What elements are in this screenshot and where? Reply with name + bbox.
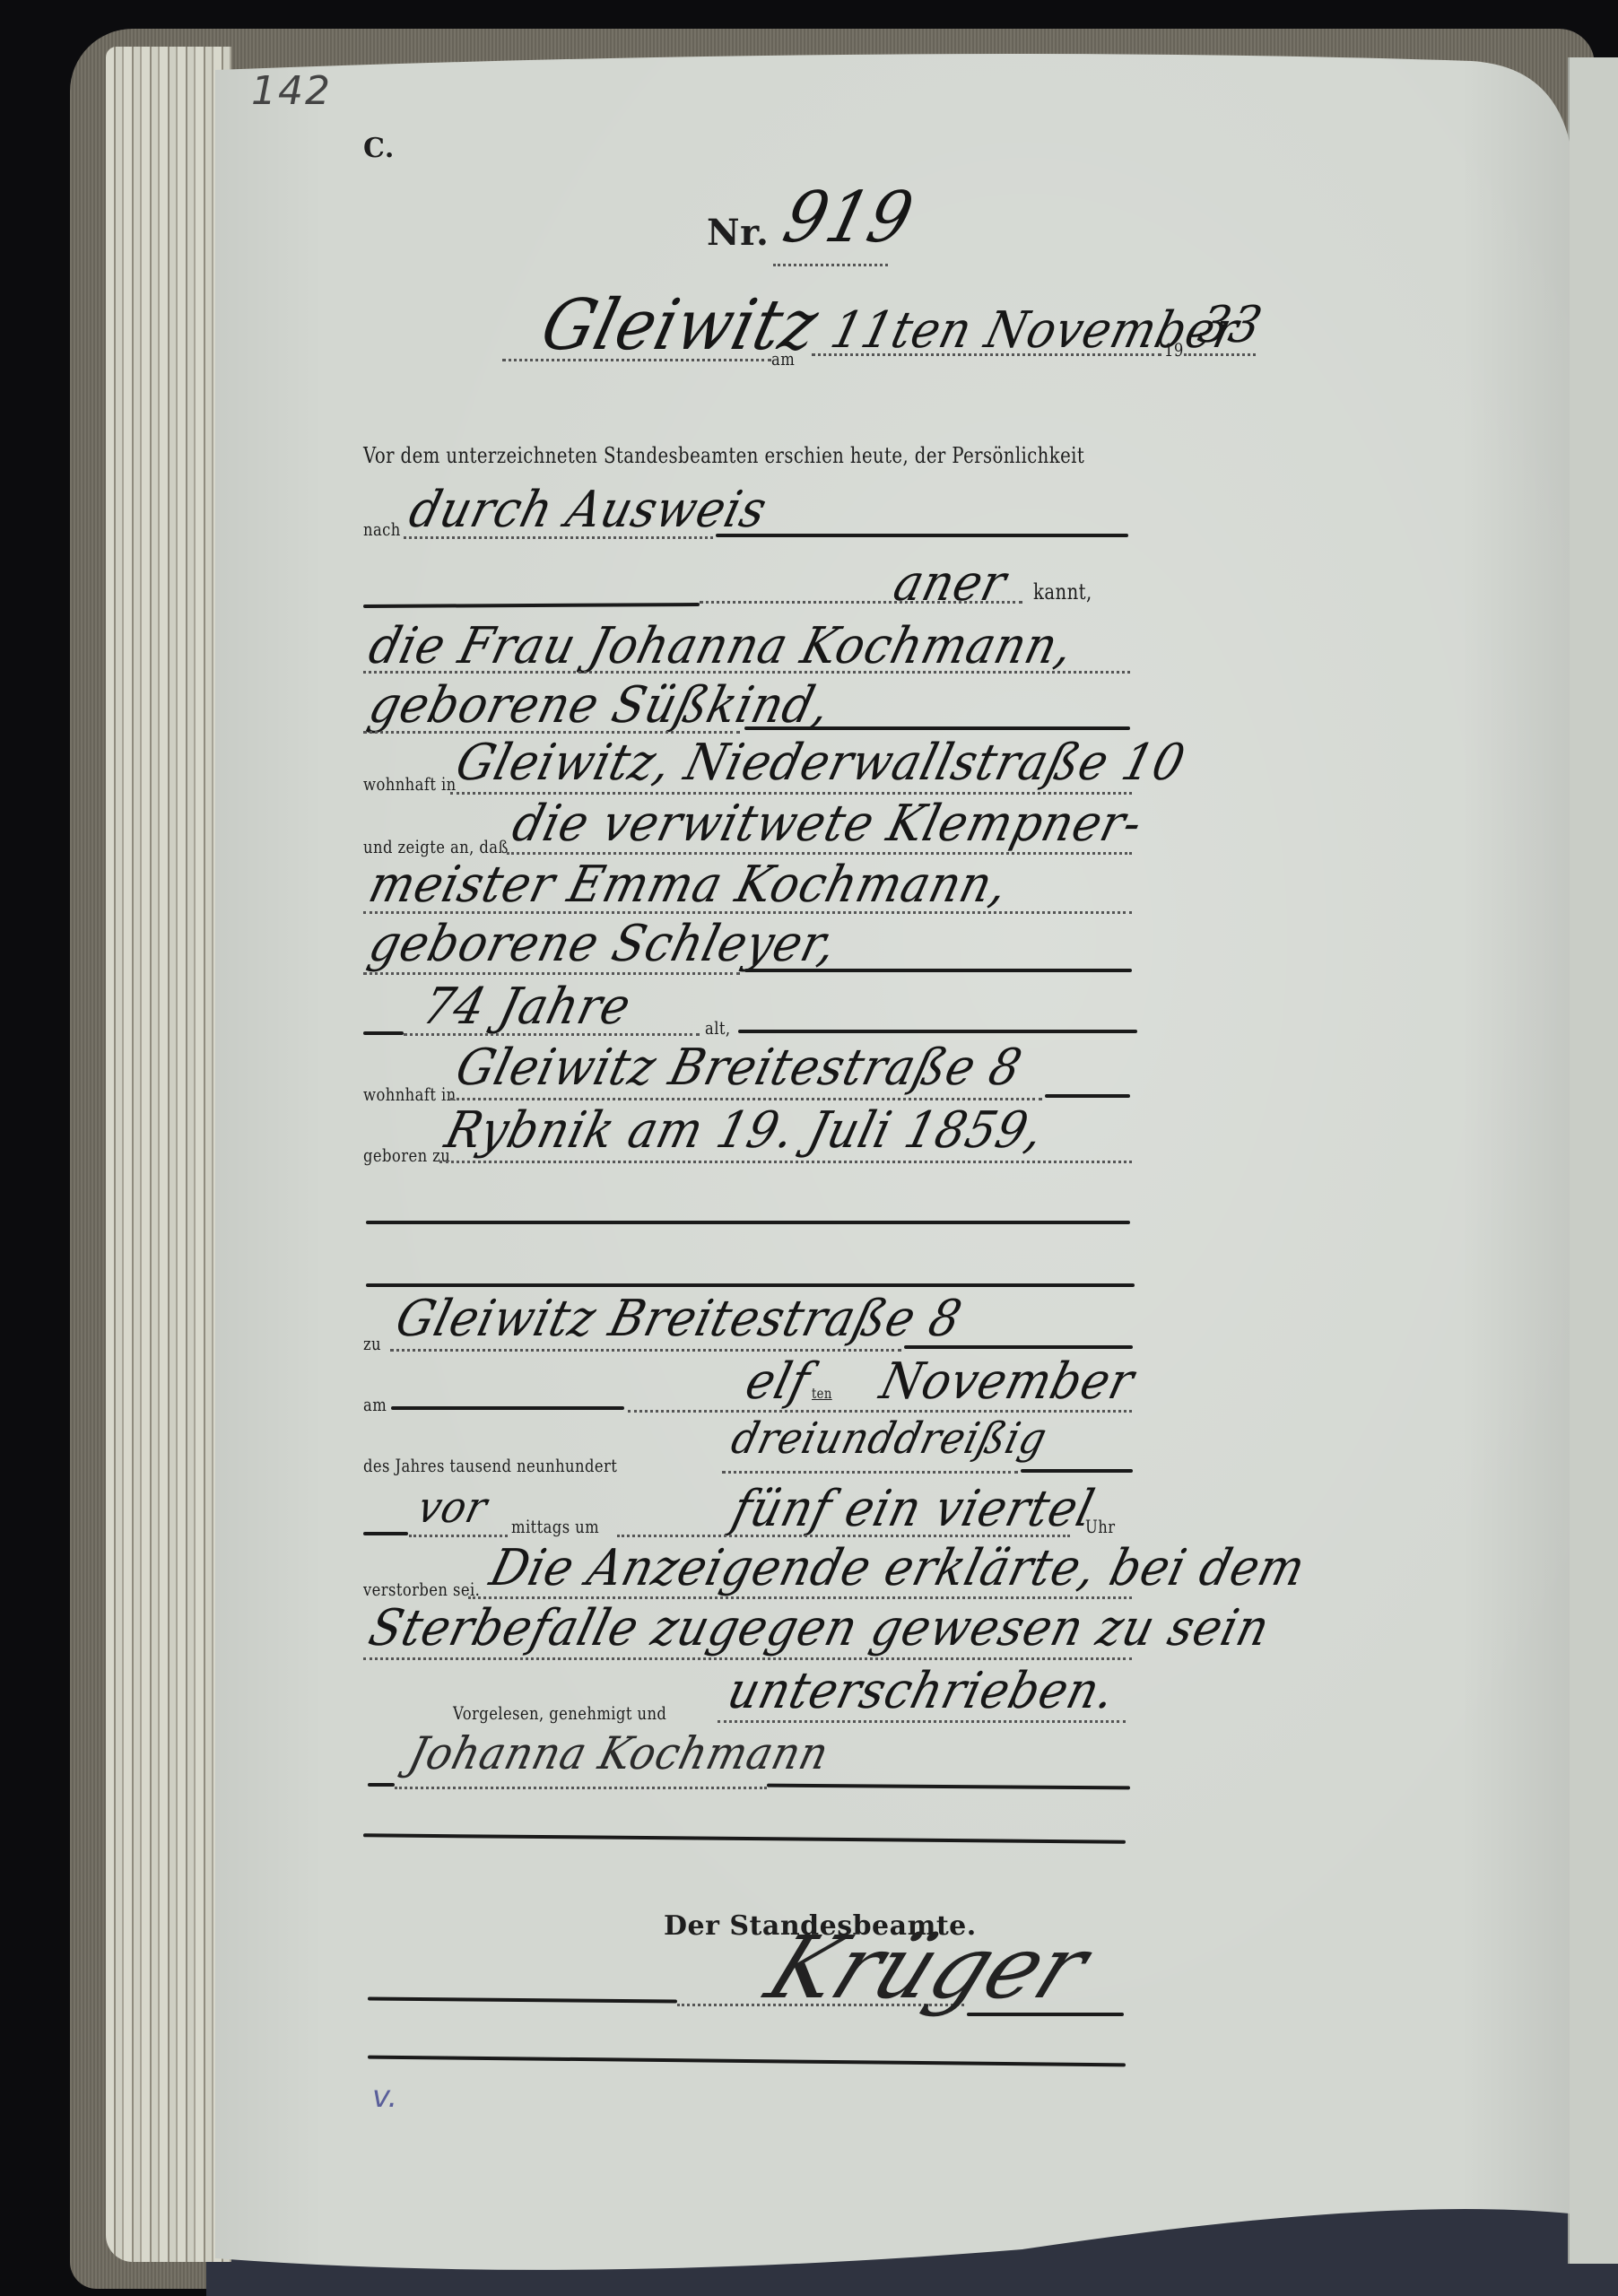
- remark-line-2: Sterbefalle zugegen gewesen zu sein: [363, 1599, 1275, 1657]
- am-death-label: am: [363, 1394, 387, 1415]
- intro-text: Vor dem unterzeichneten Standesbeamten e…: [363, 443, 1084, 468]
- entry-number-label: Nr.: [707, 212, 769, 254]
- wohnhaft-label: wohnhaft in: [363, 773, 457, 795]
- death-year-rule: [1021, 1469, 1133, 1473]
- jahres-label: des Jahres tausend neunhundert: [363, 1455, 617, 1476]
- ten-label: ten: [812, 1385, 832, 1402]
- mittags-label: mittags um: [511, 1516, 599, 1537]
- deceased-dotted-line-2: [363, 911, 1132, 914]
- vorgelesen-dotted-line: [718, 1720, 1126, 1723]
- informant-signature: Johanna Kochmann: [404, 1727, 834, 1779]
- informant-sig-dotted-line: [395, 1787, 767, 1789]
- deceased-line-1: die verwitwete Klempner-: [507, 795, 1148, 853]
- kannt-label: kannt,: [1033, 579, 1092, 604]
- birth-value: Rybnik am 19. Juli 1859,: [439, 1101, 1049, 1160]
- death-place-rule: [904, 1345, 1133, 1349]
- deceased-residence: Gleiwitz Breitestraße 8: [450, 1039, 1028, 1097]
- place-dotted-line: [502, 359, 771, 361]
- official-signature: Krüger: [753, 1918, 1102, 2018]
- am-death-rule: [391, 1406, 624, 1410]
- age-dotted-line: [404, 1033, 700, 1036]
- deceased-rule-3: [744, 969, 1132, 972]
- zu-label: zu: [363, 1333, 381, 1354]
- verstorben-label: verstorben sei.: [363, 1578, 480, 1600]
- am-label: am: [771, 348, 795, 370]
- deceased-residence-rule: [1045, 1094, 1130, 1098]
- blue-pencil-mark: v.: [372, 2079, 397, 2115]
- nach-rule: [716, 534, 1128, 537]
- deceased-dotted-line-3: [363, 972, 740, 975]
- death-place: Gleiwitz Breitestraße 8: [390, 1290, 968, 1348]
- page-edges-stack: [106, 47, 231, 2262]
- vor-dotted-line: [409, 1535, 508, 1537]
- informant-sig-rule-right: [767, 1784, 1130, 1790]
- age-rule-left: [363, 1031, 404, 1035]
- birth-dotted-line: [439, 1161, 1132, 1163]
- death-time-dotted-line: [617, 1535, 1070, 1537]
- informant-dotted-line-1: [363, 671, 1130, 674]
- blank-rule-4: [368, 2056, 1126, 2067]
- death-month: November: [874, 1352, 1140, 1411]
- age-value: 74 Jahre: [417, 978, 637, 1036]
- death-time: fünf ein viertel: [726, 1480, 1100, 1538]
- death-year-dotted-line: [722, 1471, 1018, 1474]
- age-rule-right: [738, 1030, 1137, 1033]
- time-rule-left: [363, 1532, 408, 1535]
- deceased-line-3: geborene Schleyer,: [363, 915, 843, 973]
- remark-dotted-line-2: [363, 1657, 1132, 1660]
- deceased-line-2: meister Emma Kochmann,: [363, 856, 1014, 914]
- entry-number: 919: [776, 178, 921, 258]
- deceased-residence-dotted-line: [450, 1098, 1042, 1100]
- year-suffix: 33: [1193, 296, 1268, 354]
- entry-number-dotted-line: [773, 264, 888, 266]
- nach-dotted-line: [404, 536, 713, 539]
- vor-value: vor: [413, 1483, 492, 1533]
- blank-rule-3: [363, 1833, 1126, 1843]
- form-letter: C.: [363, 133, 395, 164]
- death-place-dotted-line: [390, 1349, 901, 1352]
- nach-value: durch Ausweis: [404, 481, 773, 539]
- informant-residence: Gleiwitz, Niederwallstraße 10: [450, 734, 1191, 792]
- remark-line-1: Die Anzeigende erklärte, bei dem: [484, 1539, 1311, 1597]
- uhr-label: Uhr: [1085, 1516, 1115, 1537]
- death-date-dotted-line: [628, 1410, 1132, 1413]
- vorgelesen-label: Vorgelesen, genehmigt und: [453, 1702, 666, 1724]
- blank-rule-2: [366, 1283, 1135, 1287]
- zeigte-label: und zeigte an, daß: [363, 836, 509, 857]
- year-dotted-line: [1184, 353, 1256, 356]
- informant-sig-rule-left: [368, 1783, 395, 1787]
- death-year-words: dreiunddreißig: [726, 1413, 1052, 1464]
- kannt-dotted-line: [700, 601, 1022, 604]
- geboren-label: geboren zu: [363, 1144, 450, 1166]
- nach-label: nach: [363, 518, 401, 540]
- deceased-dotted-line-1: [507, 852, 1132, 855]
- kannt-rule: [363, 603, 700, 608]
- pencil-page-number: 142: [251, 68, 332, 114]
- blank-rule-1: [366, 1221, 1130, 1224]
- register-page: 142 C. Nr. 919 Gleiwitz am 11ten Novembe…: [215, 43, 1570, 2276]
- facing-page-edge: [1568, 57, 1618, 2264]
- year-prefix: 19: [1164, 339, 1184, 361]
- death-day: elf: [740, 1352, 816, 1411]
- alt-label: alt,: [705, 1017, 730, 1039]
- vorgelesen-value: unterschrieben.: [722, 1662, 1121, 1720]
- official-sig-rule-left: [368, 1996, 677, 2003]
- kannt-value: aner: [888, 554, 1013, 613]
- date-dotted-line: [812, 353, 1161, 356]
- informant-line-1: die Frau Johanna Kochmann,: [363, 617, 1080, 675]
- wohnhaft2-label: wohnhaft in: [363, 1083, 457, 1105]
- informant-rule-2: [744, 726, 1130, 730]
